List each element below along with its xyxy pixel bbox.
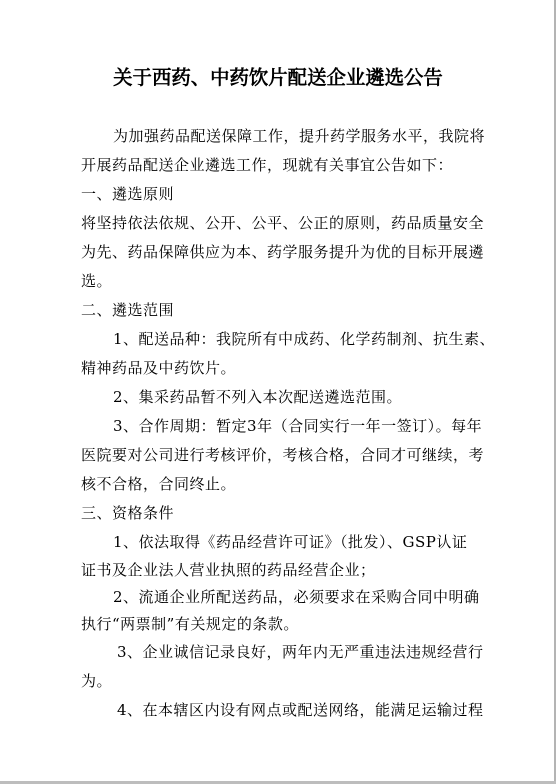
paragraph-line: 4、在本辖区内设有网点或配送网络，能满足运输过程 bbox=[81, 696, 473, 725]
paragraph-line: 医院要对公司进行考核评价，考核合格，合同才可继续，考 bbox=[81, 441, 473, 470]
paragraph-line: 精神药品及中药饮片。 bbox=[81, 354, 473, 383]
paragraph-line: 2、流通企业所配送药品，必须要求在采购合同中明确 bbox=[81, 584, 473, 611]
paragraph-line: 1、依法取得《药品经营许可证》（批发）、GSP认证 bbox=[81, 528, 473, 557]
paragraph-line: 证书及企业法人营业执照的药品经营企业； bbox=[81, 557, 473, 584]
document-title: 关于西药、中药饮片配送企业遴选公告 bbox=[0, 64, 556, 92]
paragraph-line: 3、企业诚信记录良好，两年内无严重违法违规经营行 bbox=[81, 638, 473, 667]
paragraph-line: 2、集采药品暂不列入本次配送遴选范围。 bbox=[81, 383, 473, 412]
section-heading: 一、遴选原则 bbox=[81, 180, 473, 209]
section-heading: 三、资格条件 bbox=[81, 499, 473, 528]
document-page: 关于西药、中药饮片配送企业遴选公告 为加强药品配送保障工作，提升药学服务水平，我… bbox=[0, 0, 554, 781]
paragraph-line: 将坚持依法依规、公开、公平、公正的原则，药品质量安全 bbox=[81, 209, 473, 238]
paragraph-line: 3、合作周期：暂定3年（合同实行一年一签订）。每年 bbox=[81, 412, 473, 441]
paragraph-line: 为先、药品保障供应为本、药学服务提升为优的目标开展遴 bbox=[81, 238, 473, 267]
intro-line: 为加强药品配送保障工作，提升药学服务水平，我院将 bbox=[81, 122, 473, 151]
paragraph-line: 核不合格，合同终止。 bbox=[81, 470, 473, 499]
paragraph-line: 为。 bbox=[81, 667, 473, 696]
paragraph-line: 1、配送品种：我院所有中成药、化学药制剂、抗生素、 bbox=[81, 325, 473, 354]
paragraph-line: 执行“两票制”有关规定的条款。 bbox=[81, 611, 473, 638]
paragraph-line: 选。 bbox=[81, 267, 473, 296]
section-heading: 二、遴选范围 bbox=[81, 296, 473, 325]
document-body: 为加强药品配送保障工作，提升药学服务水平，我院将 开展药品配送企业遴选工作，现就… bbox=[81, 122, 473, 725]
intro-line: 开展药品配送企业遴选工作，现就有关事宜公告如下： bbox=[81, 151, 473, 180]
